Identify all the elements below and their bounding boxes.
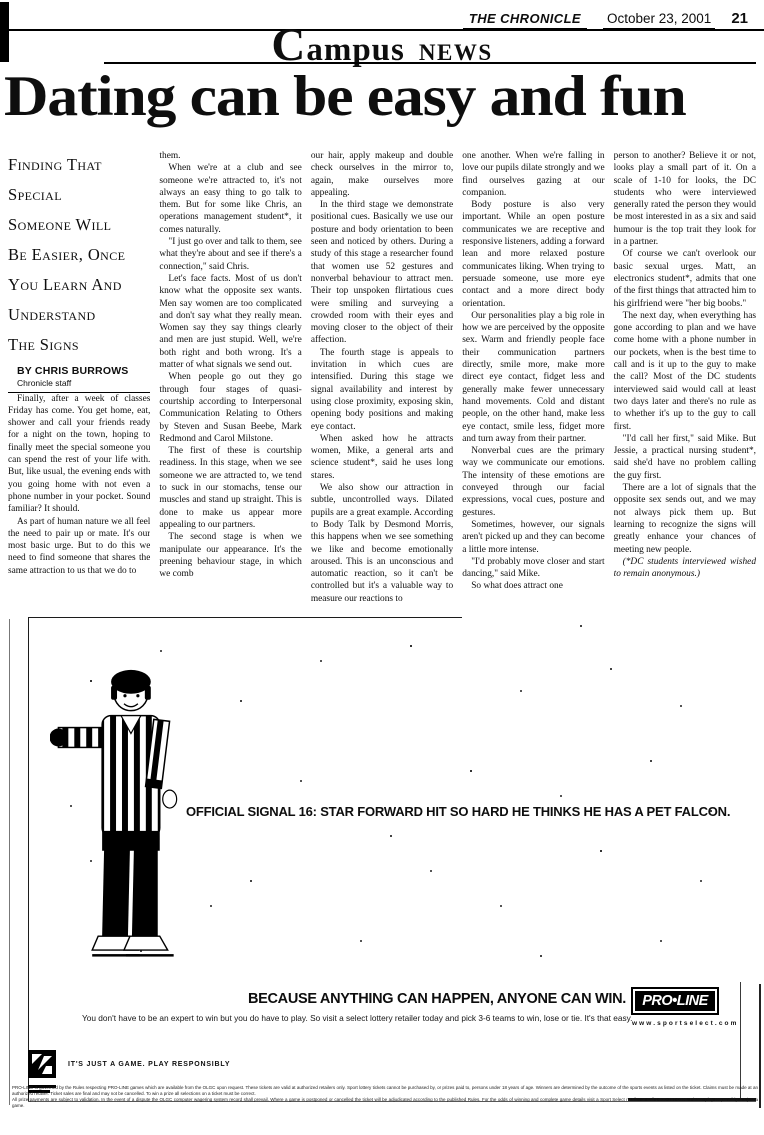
article-column-4: one another. When we're falling in love …: [462, 150, 604, 616]
lottery-corp-logo-icon: [28, 1050, 56, 1078]
article-paragraph: As part of human nature we all feel the …: [8, 516, 150, 577]
article-paragraph: In the third stage we demonstrate positi…: [311, 199, 453, 347]
article-paragraph: There are a lot of signals that the oppo…: [614, 482, 756, 556]
article-column-2: them.When we're at a club and see someon…: [159, 150, 301, 616]
standfirst-line: Someone Will: [8, 210, 150, 240]
article-paragraph: When asked how he attracts women, Mike, …: [311, 433, 453, 482]
article-headline: Dating can be easy and fun: [4, 64, 686, 129]
article-paragraph: The fourth stage is appeals to invitatio…: [311, 347, 453, 433]
article-paragraph: Body posture is also very important. Whi…: [462, 199, 604, 310]
article-body: Finding ThatSpecialSomeone WillBe Easier…: [8, 150, 756, 616]
article-paragraph: Our personalities play a big role in how…: [462, 310, 604, 445]
standfirst-line: Be Easier, Once: [8, 240, 150, 270]
ad-tagline: You don't have to be an expert to win bu…: [82, 1013, 632, 1023]
ad-fine-print: PRO-LINE is governed by the Rules respec…: [12, 1085, 758, 1109]
article-paragraph: Let's face facts. Most of us don't know …: [159, 273, 301, 371]
article-paragraph: So what does attract one: [462, 580, 604, 592]
responsible-gaming-text: IT'S JUST A GAME. PLAY RESPONSIBLY: [68, 1061, 230, 1068]
hockey-referee-illustration: [50, 660, 192, 968]
article-column-1: Finding ThatSpecialSomeone WillBe Easier…: [8, 150, 150, 616]
scan-edge-artifact-right: [759, 984, 761, 1108]
standfirst-line: The Signs: [8, 330, 150, 360]
article-paragraph: The first of these is courtship readines…: [159, 445, 301, 531]
proline-logo: PRO•LINE: [631, 987, 719, 1015]
article-paragraph: When we're at a club and see someone we'…: [159, 162, 301, 236]
article-paragraph: one another. When we're falling in love …: [462, 150, 604, 199]
ad-border-top: [28, 617, 462, 618]
standfirst-line: You Learn And: [8, 270, 150, 300]
article-paragraph: "I just go over and talk to them, see wh…: [159, 236, 301, 273]
newspaper-page: THE CHRONICLE October 23, 2001 21 Campus…: [0, 0, 764, 1135]
standfirst-line: Special: [8, 180, 150, 210]
article-paragraph: Sometimes, however, our signals aren't p…: [462, 519, 604, 556]
ad-border-left: [28, 617, 29, 1102]
fine-print-line-1: PRO-LINE is governed by the Rules respec…: [12, 1085, 758, 1097]
article-paragraph: When people go out they go through four …: [159, 371, 301, 445]
article-paragraph: "I'd call her first," said Mike. But Jes…: [614, 433, 756, 482]
fine-print-line-2: All prize payments are subject to valida…: [12, 1097, 758, 1109]
article-paragraph: Of course we can't overlook our basic se…: [614, 248, 756, 309]
ad-slogan: BECAUSE ANYTHING CAN HAPPEN, ANYONE CAN …: [190, 991, 626, 1007]
article-paragraph: The second stage is when we manipulate o…: [159, 531, 301, 580]
page-header: THE CHRONICLE October 23, 2001 21: [463, 10, 748, 30]
proline-url: www.sportselect.com: [632, 1020, 738, 1027]
byline-author: BY CHRIS BURROWS: [8, 365, 150, 377]
page-number: 21: [731, 10, 748, 27]
ad-signal-caption: OFFICIAL SIGNAL 16: STAR FORWARD HIT SO …: [186, 804, 738, 819]
standfirst: Finding ThatSpecialSomeone WillBe Easier…: [8, 150, 150, 360]
ad-border-right: [740, 982, 741, 1102]
article-paragraph: The next day, when everything has gone a…: [614, 310, 756, 433]
article-paragraph: (*DC students interviewed wished to rema…: [614, 556, 756, 581]
article-paragraph: person to another? Believe it or not, lo…: [614, 150, 756, 248]
article-paragraph: them.: [159, 150, 301, 162]
article-paragraph: Nonverbal cues are the primary way we co…: [462, 445, 604, 519]
article-paragraph: Finally, after a week of classes Friday …: [8, 393, 150, 516]
column-1-text: Finally, after a week of classes Friday …: [8, 393, 150, 577]
article-column-5: person to another? Believe it or not, lo…: [614, 150, 756, 616]
standfirst-line: Understand: [8, 300, 150, 330]
standfirst-line: Finding That: [8, 150, 150, 180]
article-column-3: our hair, apply makeup and double check …: [311, 150, 453, 616]
scan-edge-artifact-bottom: [9, 619, 10, 1105]
byline-credit: Chronicle staff: [8, 377, 150, 392]
scan-noise-speckles: [0, 0, 2, 2]
article-paragraph: We also show our attraction in subtle, u…: [311, 482, 453, 605]
article-paragraph: "I'd probably move closer and start danc…: [462, 556, 604, 581]
article-paragraph: our hair, apply makeup and double check …: [311, 150, 453, 199]
